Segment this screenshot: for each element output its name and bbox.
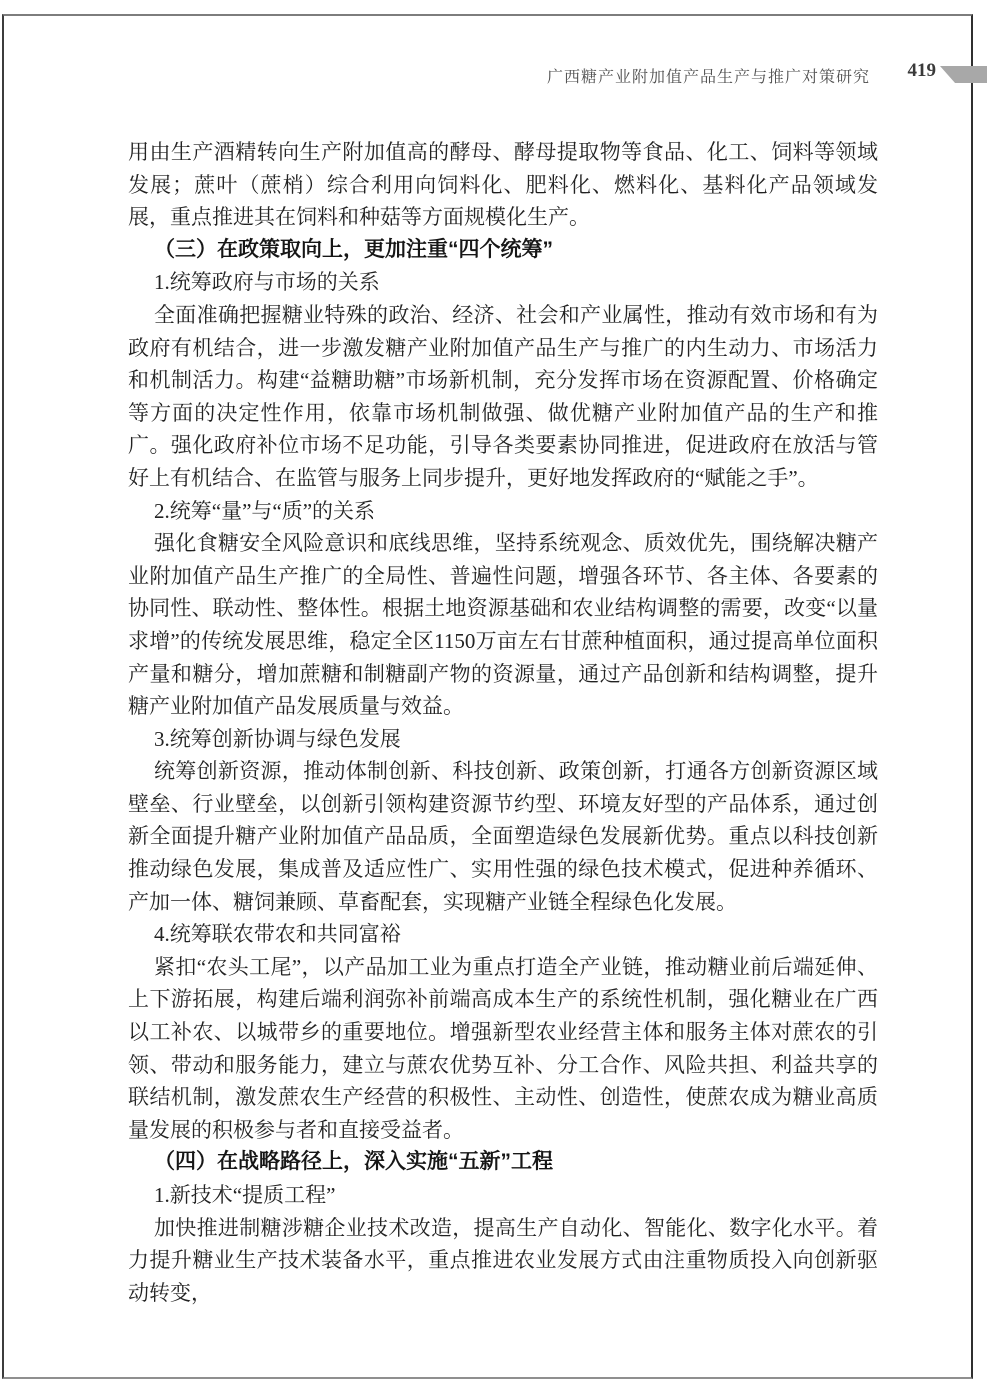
page-edge-tab bbox=[940, 66, 987, 83]
sub-heading: 2.统筹“量”与“质”的关系 bbox=[128, 495, 878, 528]
paragraph: 强化食糖安全风险意识和底线思维，坚持系统观念、质效优先，围绕解决糖产业附加值产品… bbox=[128, 527, 878, 723]
page-number: 419 bbox=[908, 60, 937, 82]
section-heading: （三）在政策取向上，更加注重“四个统筹” bbox=[128, 234, 878, 267]
paragraph: 统筹创新资源，推动体制创新、科技创新、政策创新，打通各方创新资源区域壁垒、行业壁… bbox=[128, 755, 878, 918]
running-header-title: 广西糖产业附加值产品生产与推广对策研究 bbox=[547, 64, 870, 87]
paragraph: 紧扣“农头工尾”，以产品加工业为重点打造全产业链，推动糖业前后端延伸、上下游拓展… bbox=[128, 951, 878, 1147]
paragraph: 全面准确把握糖业特殊的政治、经济、社会和产业属性，推动有效市场和有为政府有机结合… bbox=[128, 299, 878, 495]
paragraph: 加快推进制糖涉糖企业技术改造，提高生产自动化、智能化、数字化水平。着力提升糖业生… bbox=[128, 1212, 878, 1310]
book-page: 广西糖产业附加值产品生产与推广对策研究 419 用由生产酒精转向生产附加值高的酵… bbox=[0, 0, 987, 1396]
section-heading: （四）在战略路径上，深入实施“五新”工程 bbox=[128, 1146, 878, 1179]
paragraph-continuation: 用由生产酒精转向生产附加值高的酵母、酵母提取物等食品、化工、饲料等领域发展；蔗叶… bbox=[128, 136, 878, 234]
sub-heading: 1.新技术“提质工程” bbox=[128, 1179, 878, 1212]
sub-heading: 1.统筹政府与市场的关系 bbox=[128, 266, 878, 299]
sub-heading: 4.统筹联农带农和共同富裕 bbox=[128, 918, 878, 951]
sub-heading: 3.统筹创新协调与绿色发展 bbox=[128, 723, 878, 756]
page-body-text: 用由生产酒精转向生产附加值高的酵母、酵母提取物等食品、化工、饲料等领域发展；蔗叶… bbox=[128, 136, 878, 1309]
